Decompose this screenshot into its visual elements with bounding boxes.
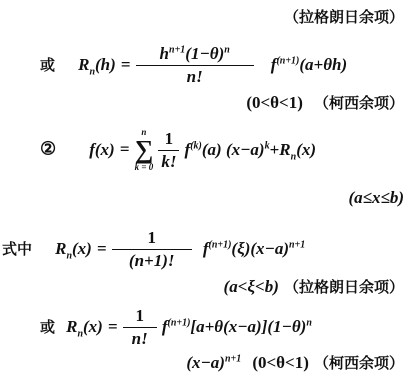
cauchy-condition-line: (0<θ<1) （柯西余项） bbox=[246, 92, 404, 113]
fraction: 1 n! bbox=[123, 306, 157, 349]
fraction: hn+1(1−θ)n n! bbox=[136, 44, 254, 87]
equals-sign: = bbox=[108, 317, 118, 336]
or-word: 或 bbox=[40, 56, 55, 74]
fraction: 1 k! bbox=[158, 129, 179, 172]
condition: (a<ξ<b) bbox=[224, 277, 279, 296]
cauchy-label: （柯西余项） bbox=[314, 94, 404, 112]
equals-sign: = bbox=[97, 239, 107, 258]
item-marker-2: ② bbox=[40, 139, 56, 159]
where-word: 式中 bbox=[2, 240, 32, 258]
formula-lhs: Rn(x) bbox=[55, 239, 92, 258]
lagrange-condition-line: (a<ξ<b) （拉格朗日余项） bbox=[224, 276, 404, 297]
formula-lhs: f(x) bbox=[89, 140, 114, 159]
lagrange-label: （拉格朗日余项） bbox=[284, 278, 404, 296]
condition: (0<θ<1) bbox=[246, 93, 303, 112]
lagrange-remainder-formula: 式中 Rn(x) = 1 (n+1)! f(n+1)(ξ)(x−a)n+1 bbox=[2, 228, 305, 271]
cauchy-condition-line-2: (x−a)n+1 (0<θ<1) （柯西余项） bbox=[186, 352, 404, 373]
taylor-formula: ② f(x) = n ∑ k = 0 1 k! f(k)(a) (x−a)k+R… bbox=[40, 128, 316, 172]
or-word: 或 bbox=[40, 318, 55, 336]
equals-sign: = bbox=[120, 140, 130, 159]
derivative-term: f(n+1)(ξ)(x−a)n+1 bbox=[203, 239, 305, 258]
interval-condition: (a≤x≤b) bbox=[349, 188, 404, 208]
lagrange-remainder-label: （拉格朗日余项） bbox=[284, 6, 404, 27]
formula-lhs: Rn(x) bbox=[66, 317, 103, 336]
factor-term: (x−a)n+1 bbox=[186, 353, 241, 372]
derivative-term: f(n+1)[a+θ(x−a)](1−θ)n bbox=[162, 317, 312, 336]
derivative-term: f(n+1)(a+θh) bbox=[271, 55, 347, 74]
label-text: （拉格朗日余项） bbox=[284, 8, 404, 26]
fraction: 1 (n+1)! bbox=[112, 228, 192, 271]
cauchy-remainder-formula-h: 或 Rn(h) = hn+1(1−θ)n n! f(n+1)(a+θh) bbox=[40, 44, 347, 87]
equals-sign: = bbox=[121, 55, 131, 74]
summation: n ∑ k = 0 bbox=[135, 128, 154, 172]
condition: (a≤x≤b) bbox=[349, 188, 404, 207]
formula-lhs: Rn(h) bbox=[78, 55, 116, 74]
cauchy-label: （柯西余项） bbox=[314, 354, 404, 372]
cauchy-remainder-formula-x: 或 Rn(x) = 1 n! f(n+1)[a+θ(x−a)](1−θ)n bbox=[40, 306, 312, 349]
taylor-terms: f(k)(a) (x−a)k+Rn(x) bbox=[185, 140, 316, 159]
condition: (0<θ<1) bbox=[252, 353, 309, 372]
